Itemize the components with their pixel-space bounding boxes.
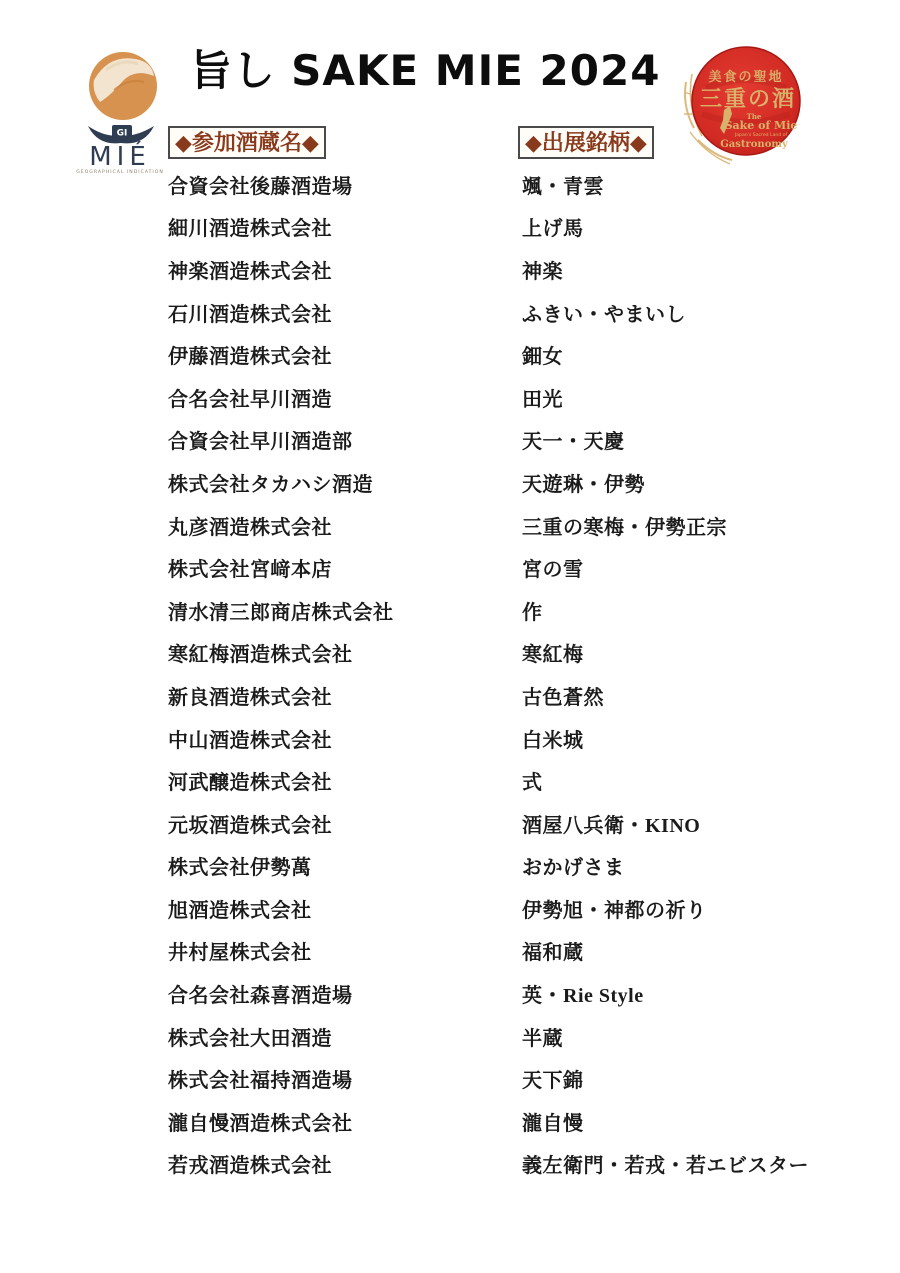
brand-name: 天一・天慶 [522,425,625,454]
brewery-name: 合資会社後藤酒造場 [168,170,522,199]
column-header-brewery: ◆参加酒蔵名◆ [168,126,326,159]
table-row: 伊藤酒造株式会社鈿女 [168,333,860,376]
table-row: 株式会社大田酒造半蔵 [168,1015,860,1058]
brewery-name: 合資会社早川酒造部 [168,425,522,454]
brand-name: 寒紅梅 [522,638,584,667]
brewery-name: 株式会社タカハシ酒造 [168,468,522,497]
badge-main-text: 三重の酒 [700,86,796,112]
brand-name: 酒屋八兵衛・KINO [522,809,700,838]
table-row: 新良酒造株式会社古色蒼然 [168,674,860,717]
brand-name: 伊勢旭・神都の祈り [522,894,707,923]
page-title: 旨し SAKE MIE 2024 [130,38,720,98]
brewery-name: 中山酒造株式会社 [168,724,522,753]
table-row: 元坂酒造株式会社酒屋八兵衛・KINO [168,802,860,845]
brewery-name: 寒紅梅酒造株式会社 [168,638,522,667]
brand-name: 颯・青雲 [522,170,604,199]
table-row: 株式会社宮﨑本店宮の雪 [168,546,860,589]
brewery-name: 井村屋株式会社 [168,936,522,965]
sake-of-mie-badge-graphic: 美食の聖地 三重の酒 The Sake of Mie Japan's Sacre… [680,44,808,169]
brand-name: 神楽 [522,255,563,284]
table-row: 丸彦酒造株式会社三重の寒梅・伊勢正宗 [168,504,860,547]
brewery-name: 瀧自慢酒造株式会社 [168,1107,522,1136]
table-row: 株式会社伊勢萬おかげさま [168,845,860,888]
table-row: 合名会社森喜酒造場英・Rie Style [168,972,860,1015]
brewery-name: 株式会社宮﨑本店 [168,553,522,582]
table-row: 株式会社タカハシ酒造天遊琳・伊勢 [168,461,860,504]
column-header-brand: ◆出展銘柄◆ [518,126,654,159]
table-row: 合資会社早川酒造部天一・天慶 [168,419,860,462]
brand-name: 式 [522,766,543,795]
table-row: 若戎酒造株式会社義左衛門・若戎・若エビスター [168,1143,860,1186]
flyer-page: GI MIÉ GEOGRAPHICAL INDICATION 旨し SAKE M… [0,0,900,1273]
mie-label: MIÉ [89,140,151,172]
brewery-name: 伊藤酒造株式会社 [168,340,522,369]
brewery-name: 若戎酒造株式会社 [168,1149,522,1178]
brewery-name: 石川酒造株式会社 [168,298,522,327]
brewery-name: 株式会社伊勢萬 [168,851,522,880]
gi-caption: GEOGRAPHICAL INDICATION [76,169,164,175]
brand-name: 宮の雪 [522,553,584,582]
brand-name: 天遊琳・伊勢 [522,468,645,497]
badge-sake-of-mie-text: Sake of Mie [725,119,798,132]
brand-name: 作 [522,596,543,625]
brand-name: おかげさま [522,851,625,880]
table-row: 寒紅梅酒造株式会社寒紅梅 [168,632,860,675]
brand-name: 天下錦 [522,1064,584,1093]
brewery-name: 神楽酒造株式会社 [168,255,522,284]
brewery-name: 細川酒造株式会社 [168,212,522,241]
brand-name: 瀧自慢 [522,1107,584,1136]
brewery-brand-table: 合資会社後藤酒造場颯・青雲 細川酒造株式会社上げ馬 神楽酒造株式会社神楽 石川酒… [168,163,860,1185]
brand-name: 上げ馬 [522,212,584,241]
table-row: 株式会社福持酒造場天下錦 [168,1057,860,1100]
brand-name: 義左衛門・若戎・若エビスター [522,1149,809,1178]
brand-name: 古色蒼然 [522,681,604,710]
brand-name: 白米城 [522,724,584,753]
table-row: 中山酒造株式会社白米城 [168,717,860,760]
brand-name: 三重の寒梅・伊勢正宗 [522,511,727,540]
brewery-name: 合名会社早川酒造 [168,383,522,412]
brand-name: 半蔵 [522,1022,563,1051]
badge-sacred-land-text: Japan's Sacred Land of [734,132,788,138]
table-row: 合名会社早川酒造田光 [168,376,860,419]
table-row: 神楽酒造株式会社神楽 [168,248,860,291]
table-row: 細川酒造株式会社上げ馬 [168,206,860,249]
badge-gastronomy-text: Gastronomy [720,139,789,150]
table-row: 石川酒造株式会社ふきい・やまいし [168,291,860,334]
table-row: 旭酒造株式会社伊勢旭・神都の祈り [168,887,860,930]
gi-label: GI [117,129,128,139]
table-row: 河武醸造株式会社式 [168,759,860,802]
brand-name: 鈿女 [522,340,563,369]
brewery-name: 株式会社大田酒造 [168,1022,522,1051]
brewery-name: 元坂酒造株式会社 [168,809,522,838]
table-row: 瀧自慢酒造株式会社瀧自慢 [168,1100,860,1143]
brewery-name: 新良酒造株式会社 [168,681,522,710]
brewery-name: 丸彦酒造株式会社 [168,511,522,540]
brewery-name: 河武醸造株式会社 [168,766,522,795]
table-row: 清水清三郎商店株式会社作 [168,589,860,632]
table-row: 合資会社後藤酒造場颯・青雲 [168,163,860,206]
brewery-name: 合名会社森喜酒造場 [168,979,522,1008]
brewery-name: 株式会社福持酒造場 [168,1064,522,1093]
brand-name: ふきい・やまいし [522,298,686,327]
brand-name: 英・Rie Style [522,979,644,1008]
brewery-name: 旭酒造株式会社 [168,894,522,923]
brand-name: 田光 [522,383,563,412]
sake-of-mie-badge: 美食の聖地 三重の酒 The Sake of Mie Japan's Sacre… [680,44,808,174]
badge-top-text: 美食の聖地 [708,69,783,85]
brewery-name: 清水清三郎商店株式会社 [168,596,522,625]
brand-name: 福和蔵 [522,936,584,965]
table-row: 井村屋株式会社福和蔵 [168,930,860,973]
